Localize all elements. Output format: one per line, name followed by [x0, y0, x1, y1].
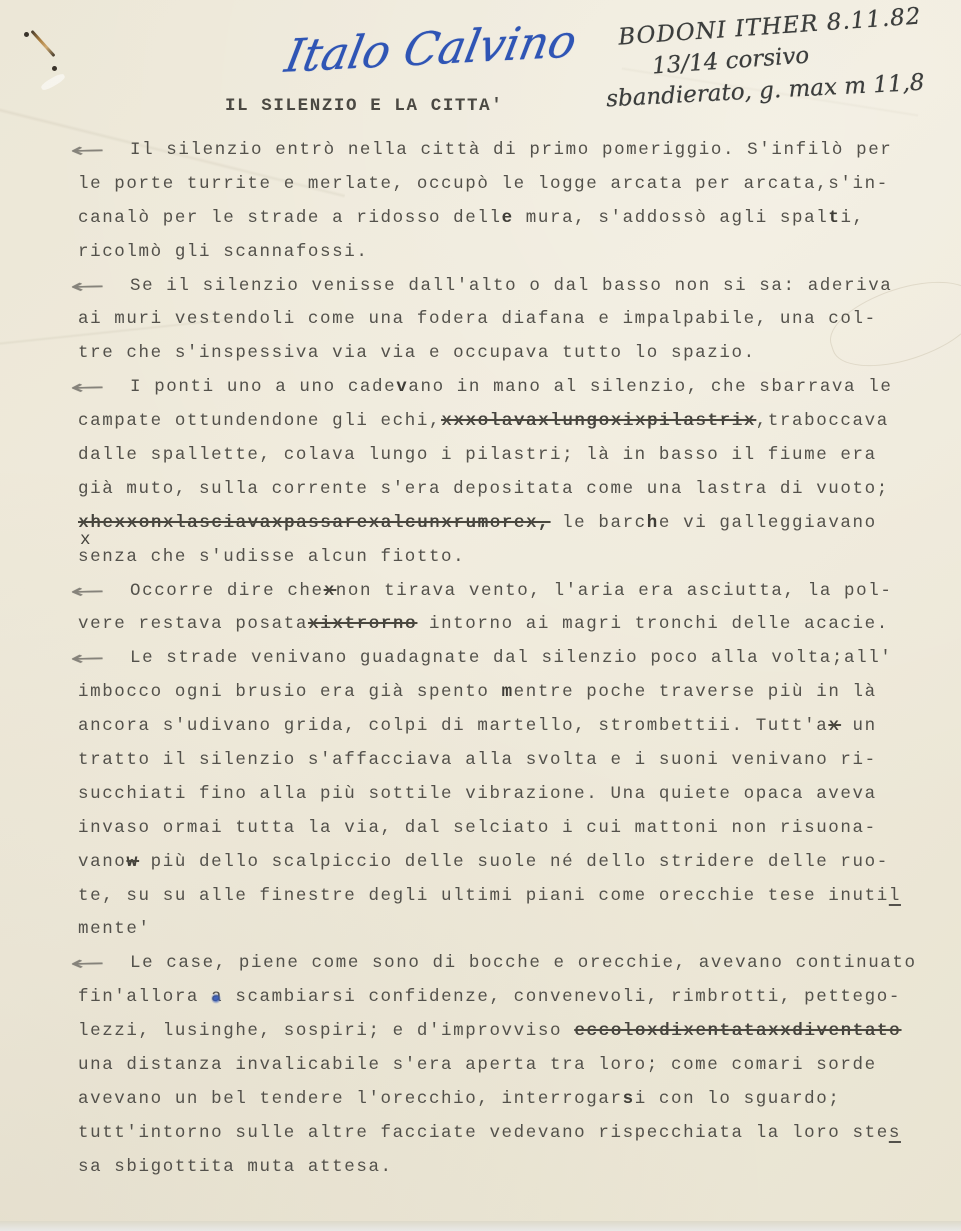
- underlined-char: s: [889, 1123, 901, 1143]
- text-line: tutt'intorno sulle altre facciate vedeva…: [78, 1117, 958, 1151]
- text-segment: ano in mano al silenzio, che sbarrava le: [408, 377, 892, 397]
- text-line: succhiati fino alla più sottile vibrazio…: [78, 778, 958, 812]
- struck-text: xhexxonxlasciavaxpassarexalcunxrumorex,: [78, 513, 550, 533]
- text-segment: I ponti uno a uno cade: [130, 377, 396, 397]
- text-segment: lezzi, lusinghe, sospiri; e d'improvviso: [78, 1021, 574, 1041]
- text-segment: Il silenzio entrò nella città di primo p…: [130, 140, 892, 160]
- text-line: ancora s'udivano grida, colpi di martell…: [78, 710, 958, 744]
- struck-text: xixtrorno: [308, 614, 417, 634]
- text-segment: e vi galleggiavano: [659, 513, 877, 533]
- staple-bar: [31, 30, 56, 57]
- text-segment: senza che s'udisse alcun fiotto.: [78, 547, 465, 567]
- text-line: lezzi, lusinghe, sospiri; e d'improvviso…: [78, 1015, 958, 1049]
- text-line: imbocco ogni brusio era già spento mentr…: [78, 676, 958, 710]
- text-line: tratto il silenzio s'affacciava alla svo…: [78, 744, 958, 778]
- text-segment: tutt'intorno sulle altre facciate vedeva…: [78, 1123, 889, 1143]
- text-segment: entre poche traverse più in là: [514, 682, 877, 702]
- text-segment: Le case, piene come sono di bocche e ore…: [130, 953, 917, 973]
- text-segment: più dello scalpiccio delle suole né dell…: [139, 852, 889, 872]
- handwritten-note-line: BODONI ITHER 8.11.82: [617, 3, 922, 50]
- text-segment: già muto, sulla corrente s'era depositat…: [78, 479, 889, 499]
- text-line: ←Il silenzio entrò nella città di primo …: [78, 134, 958, 168]
- struck-text: xxxolavaxlungoxixpilastrix: [441, 411, 756, 431]
- text-line: fin'allora a scambiarsi confidenze, conv…: [78, 981, 958, 1015]
- text-segment: tratto il silenzio s'affacciava alla svo…: [78, 750, 877, 770]
- text-segment: non tirava vento, l'aria era asciutta, l…: [336, 581, 893, 601]
- text-segment: te, su su alle finestre degli ultimi pia…: [78, 886, 889, 906]
- retyped-char: v: [396, 377, 408, 397]
- text-segment: Le strade venivano guadagnate dal silenz…: [130, 648, 892, 668]
- text-line: ricolmò gli scannafossi.: [78, 236, 958, 270]
- text-line: campate ottundendone gli echi,xxxolavaxl…: [78, 405, 958, 439]
- text-line: ←I ponti uno a uno cadevano in mano al s…: [78, 371, 958, 405]
- text-line: avevano un bel tendere l'orecchio, inter…: [78, 1083, 958, 1117]
- retyped-char: t: [828, 208, 840, 228]
- text-segment: una distanza invalicabile s'era aperta t…: [78, 1055, 877, 1075]
- text-segment: dalle spallette, colava lungo i pilastri…: [78, 445, 877, 465]
- text-line: canalò per le strade a ridosso delle mur…: [78, 202, 958, 236]
- text-segment: ricolmò gli scannafossi.: [78, 242, 368, 262]
- text-line: le porte turrite e merlate, occupò le lo…: [78, 168, 958, 202]
- text-segment: mura, s'addossò agli spal: [514, 208, 829, 228]
- retyped-char: m: [502, 682, 514, 702]
- text-line: mente': [78, 913, 958, 947]
- text-segment: le porte turrite e merlate, occupò le lo…: [78, 174, 889, 194]
- text-line: vanow più dello scalpiccio delle suole n…: [78, 846, 958, 880]
- staple: [16, 26, 76, 86]
- staple-hole: [52, 66, 57, 71]
- text-segment: mente': [78, 919, 151, 939]
- author-signature: Italo Calvino: [281, 14, 581, 83]
- text-segment: Occorre dire che: [130, 581, 324, 601]
- text-line: ←Se il silenzio venisse dall'alto o dal …: [78, 270, 958, 304]
- document-body: ←Il silenzio entrò nella città di primo …: [78, 134, 958, 1185]
- staple-hole: [24, 32, 29, 37]
- text-line: ←Occorre dire chexnon tirava vento, l'ar…: [78, 575, 958, 609]
- struck-text: x: [828, 716, 840, 736]
- text-line: sa sbigottita muta attesa.: [78, 1151, 958, 1185]
- text-line: senza che s'udisse alcun fiotto.: [78, 541, 958, 575]
- struck-text: x: [324, 581, 336, 601]
- retyped-char: s: [623, 1089, 635, 1109]
- struck-text: eccoloxdixentataxxdiventato: [574, 1021, 901, 1041]
- text-segment: canalò per le strade a ridosso dell: [78, 208, 502, 228]
- text-segment: le barc: [550, 513, 647, 533]
- retyped-char: h: [647, 513, 659, 533]
- margin-arrow-icon: ←: [68, 642, 110, 677]
- document-title: IL SILENZIO E LA CITTA': [225, 96, 503, 116]
- text-line: ai muri vestendoli come una fodera diafa…: [78, 303, 958, 337]
- text-line: vere restava posataxixtrorno intorno ai …: [78, 608, 958, 642]
- text-line: xhexxonxlasciavaxpassarexalcunxrumorex, …: [78, 507, 958, 541]
- paper-tear: [40, 72, 67, 92]
- text-line: dalle spallette, colava lungo i pilastri…: [78, 439, 958, 473]
- text-segment: succhiati fino alla più sottile vibrazio…: [78, 784, 877, 804]
- margin-arrow-icon: ←: [68, 947, 110, 982]
- underlined-char: l: [889, 886, 901, 906]
- scanner-edge: [0, 1221, 961, 1231]
- text-segment: ai muri vestendoli come una fodera diafa…: [78, 309, 877, 329]
- text-segment: ,traboccava: [756, 411, 889, 431]
- handwritten-note-line: 13/14 corsivo: [651, 43, 810, 80]
- text-segment: un: [840, 716, 876, 736]
- typescript-page: BODONI ITHER 8.11.82 13/14 corsivo sband…: [0, 0, 961, 1231]
- text-segment: campate ottundendone gli echi,: [78, 411, 441, 431]
- text-segment: intorno ai magri tronchi delle acacie.: [417, 614, 889, 634]
- retyped-char: e: [502, 208, 514, 228]
- text-line: una distanza invalicabile s'era aperta t…: [78, 1049, 958, 1083]
- margin-arrow-icon: ←: [68, 371, 110, 406]
- text-segment: vano: [78, 852, 126, 872]
- text-segment: ancora s'udivano grida, colpi di martell…: [78, 716, 828, 736]
- text-line: già muto, sulla corrente s'era depositat…: [78, 473, 958, 507]
- margin-arrow-icon: ←: [68, 270, 110, 305]
- struck-text: w: [126, 852, 138, 872]
- text-segment: i,: [840, 208, 864, 228]
- text-segment: avevano un bel tendere l'orecchio, inter…: [78, 1089, 623, 1109]
- text-segment: scambiarsi confidenze, convenevoli, rimb…: [223, 987, 901, 1007]
- margin-arrow-icon: ←: [68, 134, 110, 169]
- text-line: ←Le case, piene come sono di bocche e or…: [78, 947, 958, 981]
- text-line: te, su su alle finestre degli ultimi pia…: [78, 880, 958, 914]
- blue-ink-mark: a: [211, 987, 223, 1007]
- text-line: invaso ormai tutta la via, dal selciato …: [78, 812, 958, 846]
- text-segment: imbocco ogni brusio era già spento: [78, 682, 502, 702]
- text-segment: invaso ormai tutta la via, dal selciato …: [78, 818, 877, 838]
- text-segment: i con lo sguardo;: [635, 1089, 841, 1109]
- text-segment: Se il silenzio venisse dall'alto o dal b…: [130, 276, 892, 296]
- text-line: ←Le strade venivano guadagnate dal silen…: [78, 642, 958, 676]
- text-line: tre che s'inspessiva via via e occupava …: [78, 337, 958, 371]
- text-segment: fin'allora: [78, 987, 211, 1007]
- text-segment: vere restava posata: [78, 614, 308, 634]
- margin-arrow-icon: ←: [68, 575, 110, 610]
- text-segment: sa sbigottita muta attesa.: [78, 1157, 393, 1177]
- text-segment: tre che s'inspessiva via via e occupava …: [78, 343, 756, 363]
